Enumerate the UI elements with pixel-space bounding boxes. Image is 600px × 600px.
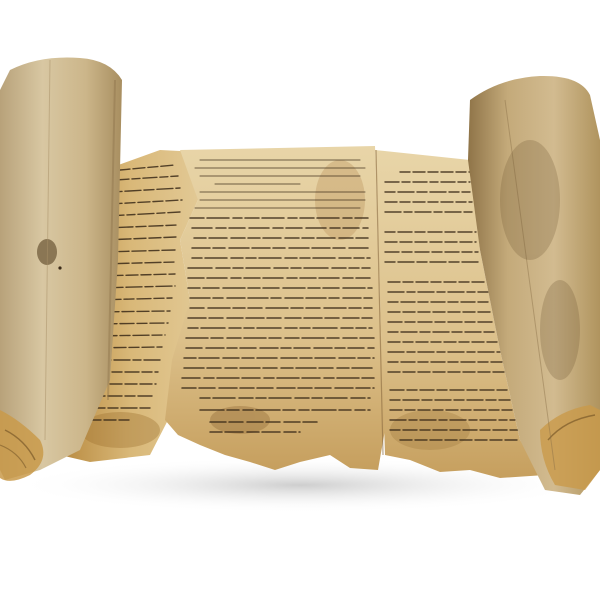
scroll-photo <box>0 0 600 600</box>
